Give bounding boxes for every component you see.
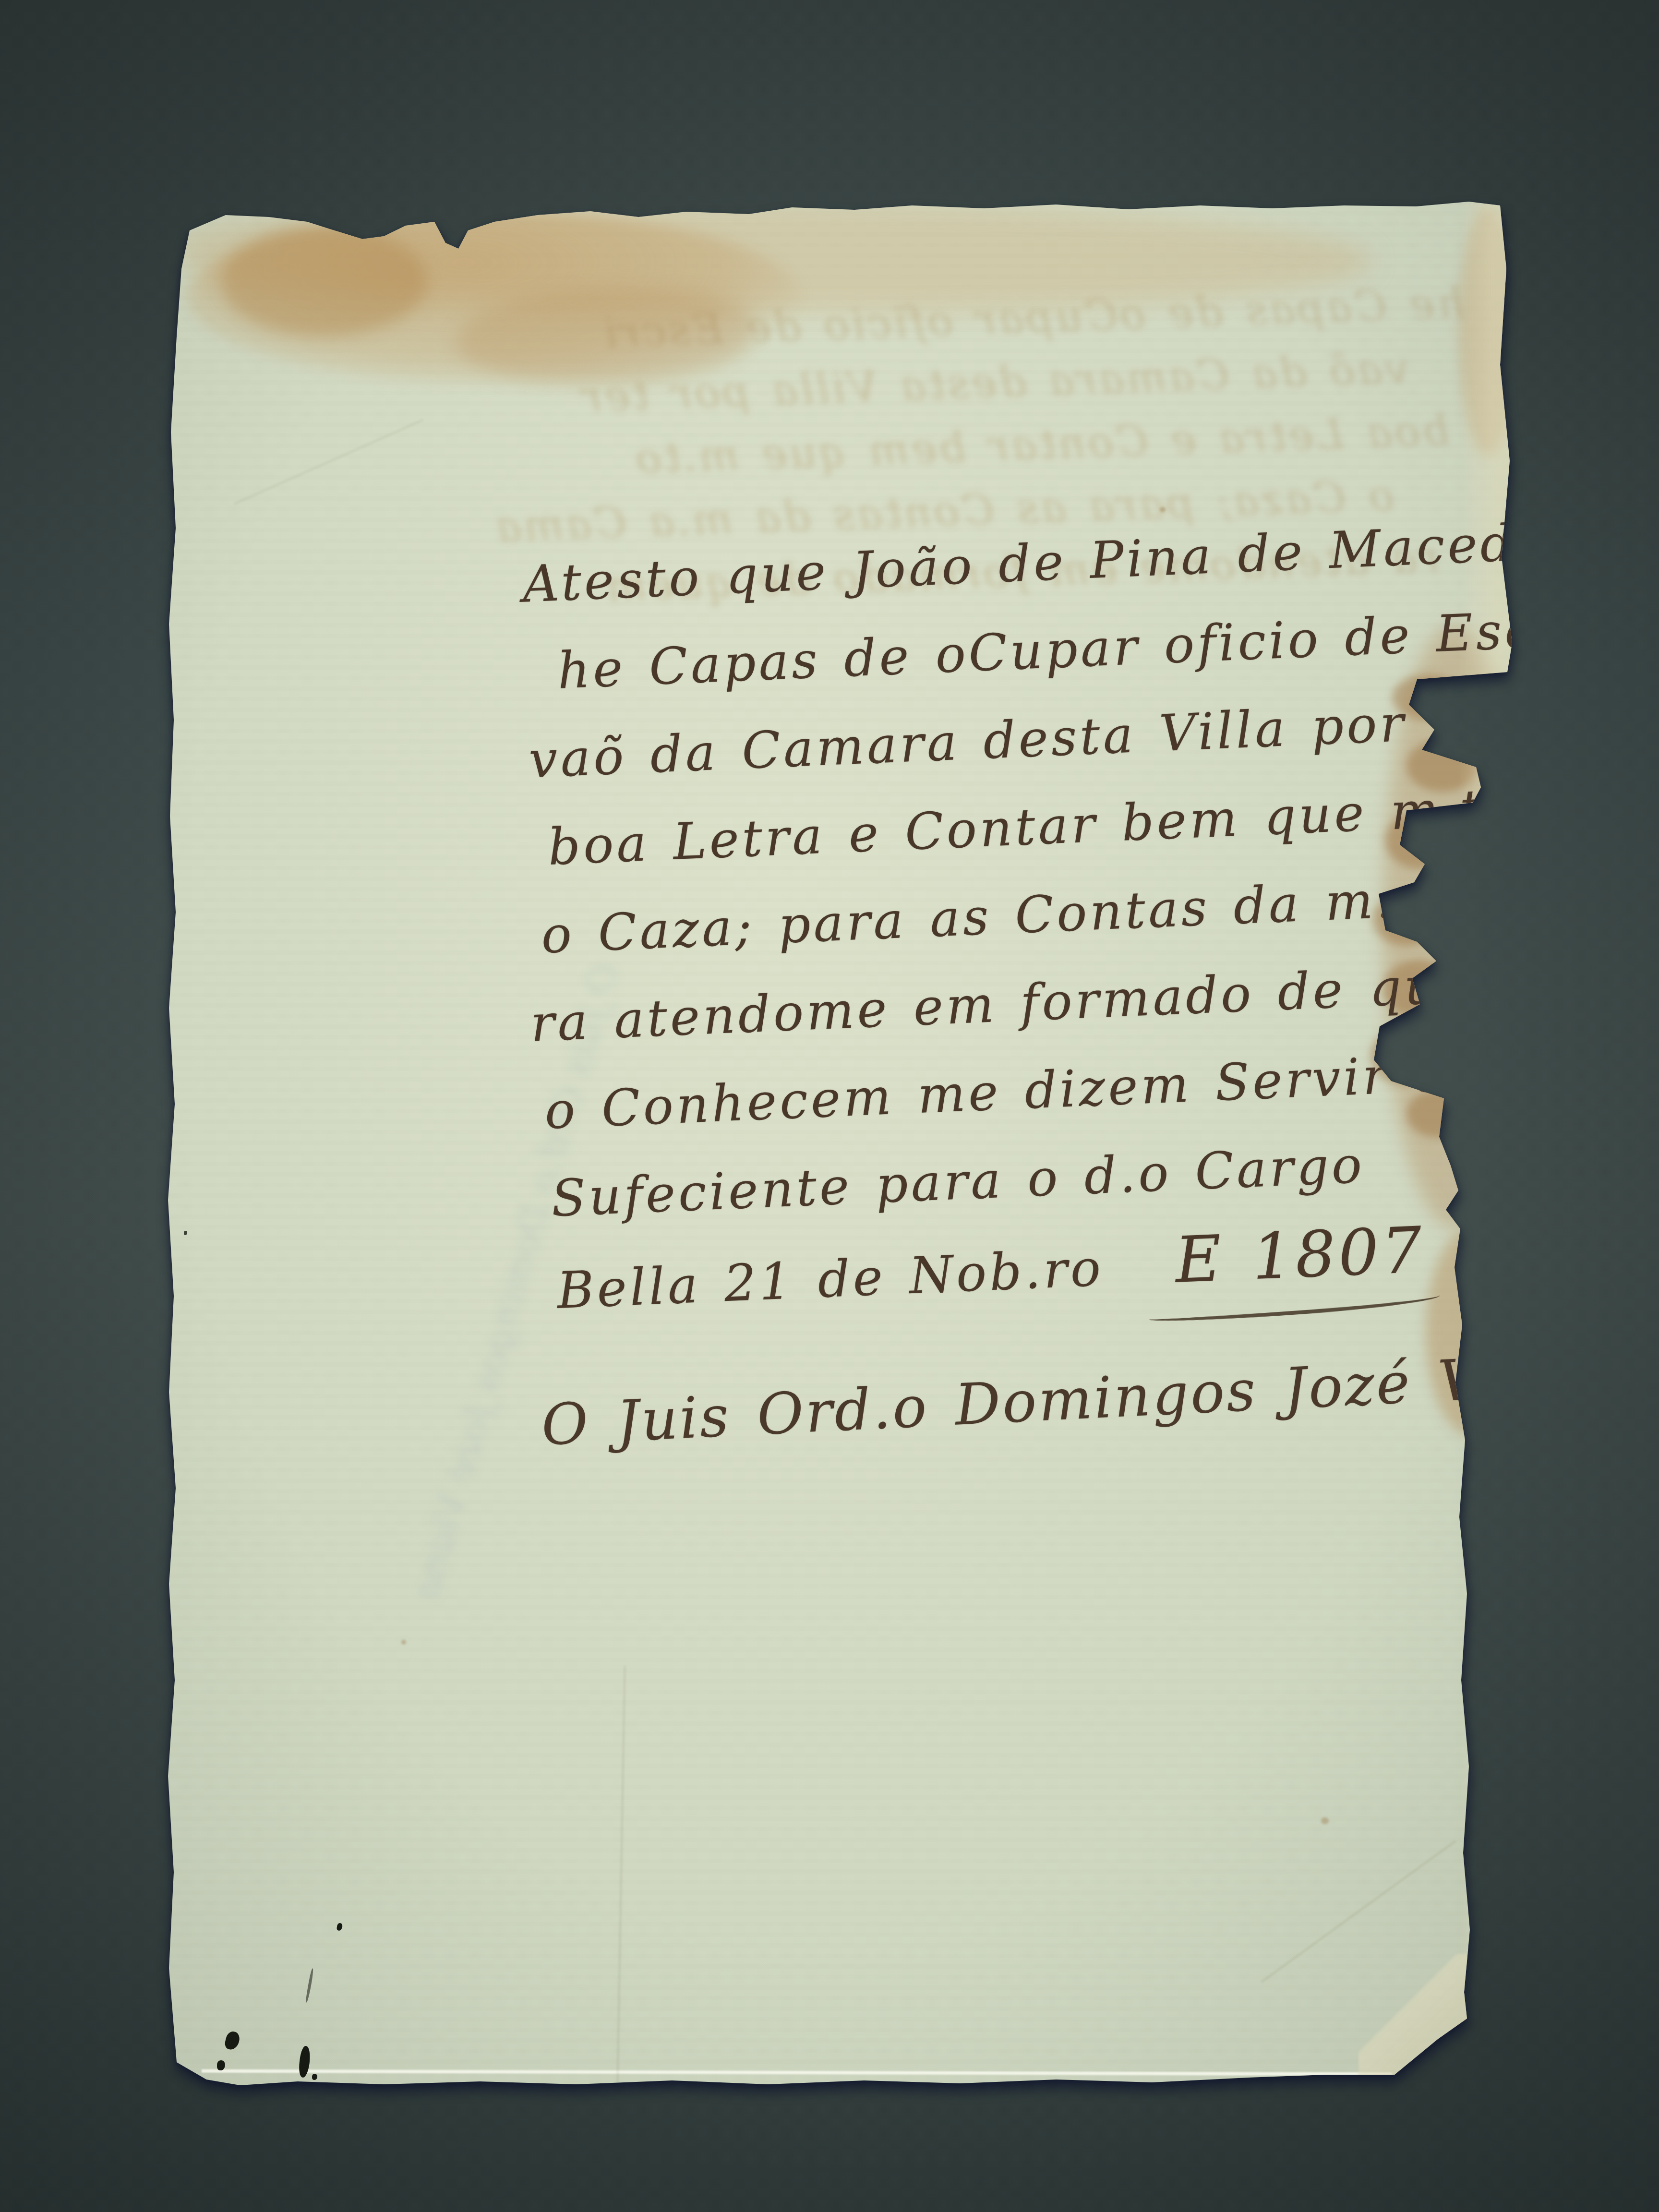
year-text: E 1807 — [1174, 1213, 1426, 1298]
manuscript-text: Atesto que João de Pina de Macedo he Cap… — [506, 495, 1643, 1336]
manuscript-page: he Capas de oCupar oficio de Escri vaõ d… — [0, 0, 1659, 2212]
dateline-place: Bella 21 de Nob.ro — [556, 1238, 1105, 1320]
clipped-bottom-right-corner — [1358, 1954, 1469, 2083]
foxing-spot — [1160, 507, 1166, 512]
paper-shadow: he Capas de oCupar oficio de Escri vaõ d… — [0, 0, 1659, 2212]
foxing-spot — [401, 1640, 406, 1645]
dateline-year: E 1807 — [1174, 1213, 1426, 1298]
foxing-spot — [1321, 1817, 1329, 1824]
top-left-stain-spot — [221, 226, 427, 336]
